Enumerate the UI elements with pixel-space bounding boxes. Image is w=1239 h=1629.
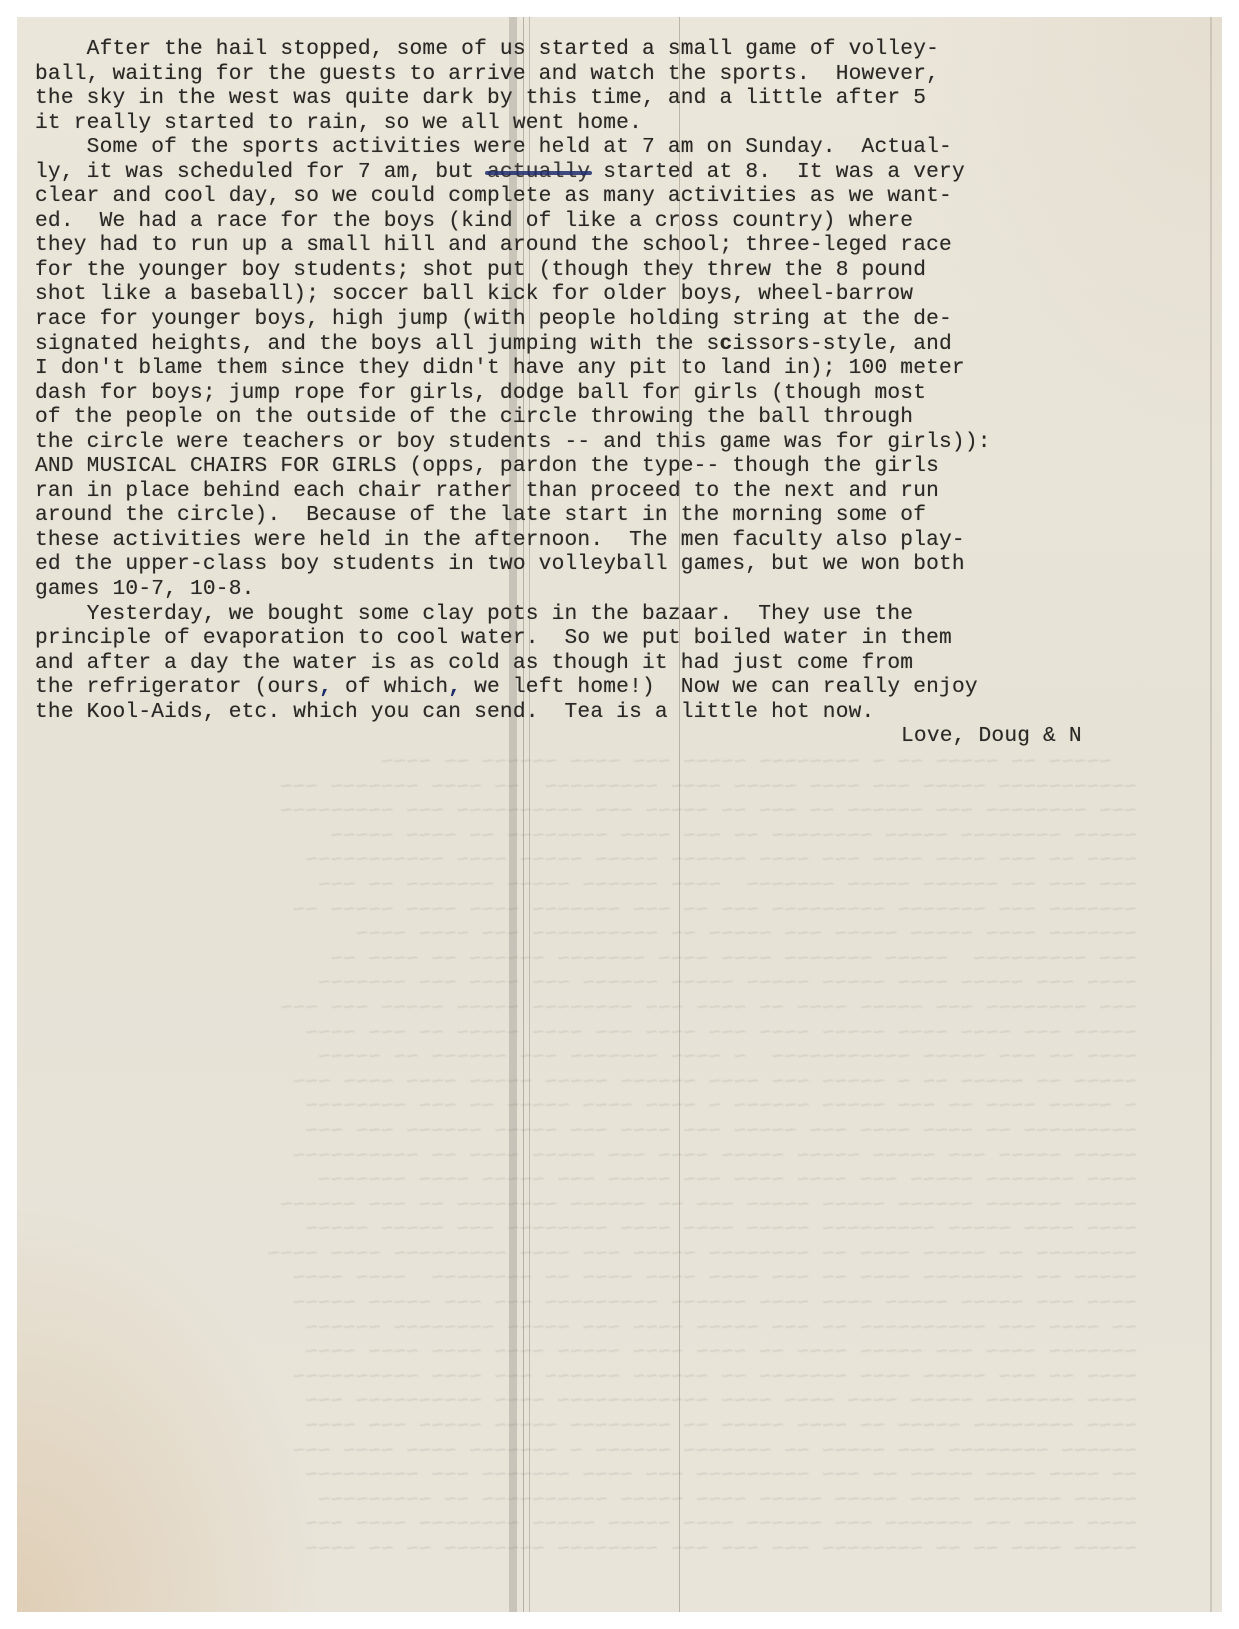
text-line: of the people on the outside of the circ… xyxy=(35,405,1215,430)
text-line: and after a day the water is as cold as … xyxy=(35,651,1215,676)
struck-out-word: actually xyxy=(487,160,590,184)
text-line: I don't blame them since they didn't hav… xyxy=(35,356,1215,381)
closing-signature: Love, Doug & N xyxy=(35,724,1215,749)
signature-text: Love, Doug & N xyxy=(901,724,1082,748)
text-line: principle of evaporation to cool water. … xyxy=(35,626,1215,651)
text-line: clear and cool day, so we could complete… xyxy=(35,184,1215,209)
text-line: dash for boys; jump rope for girls, dodg… xyxy=(35,381,1215,406)
text-line: it really started to rain, so we all wen… xyxy=(35,111,1215,136)
text-line: AND MUSICAL CHAIRS FOR GIRLS (opps, pard… xyxy=(35,454,1215,479)
text-line-with-overstrike: signated heights, and the boys all jumpi… xyxy=(35,332,1215,357)
text-line: race for younger boys, high jump (with p… xyxy=(35,307,1215,332)
text-line-with-correction: ly, it was scheduled for 7 am, but actua… xyxy=(35,160,1215,185)
letter-page: ~~~~~ ~~ ~~~~~ ~~ ~ ~~~~~~~~ ~~~~~ ~~~ ~… xyxy=(17,17,1222,1612)
pen-comma: , xyxy=(319,675,332,699)
text-line: for the younger boy students; shot put (… xyxy=(35,258,1215,283)
text-line: they had to run up a small hill and arou… xyxy=(35,233,1215,258)
text-line: the Kool-Aids, etc. which you can send. … xyxy=(35,700,1215,725)
pen-comma: , xyxy=(448,675,461,699)
text-line: Some of the sports activities were held … xyxy=(35,135,1215,160)
text-segment: signated heights, and the boys all jumpi… xyxy=(35,332,719,356)
text-line: the circle were teachers or boy students… xyxy=(35,430,1215,455)
text-line: ran in place behind each chair rather th… xyxy=(35,479,1215,504)
text-segment: of which xyxy=(332,675,448,699)
text-line: around the circle). Because of the late … xyxy=(35,503,1215,528)
text-segment: the refrigerator (ours xyxy=(35,675,319,699)
text-line: shot like a baseball); soccer ball kick … xyxy=(35,282,1215,307)
text-line: these activities were held in the aftern… xyxy=(35,528,1215,553)
text-line: ed. We had a race for the boys (kind of … xyxy=(35,209,1215,234)
text-line: games 10-7, 10-8. xyxy=(35,577,1215,602)
text-line: ball, waiting for the guests to arrive a… xyxy=(35,62,1215,87)
text-line: Yesterday, we bought some clay pots in t… xyxy=(35,602,1215,627)
text-segment: we left home!) Now we can really enjoy xyxy=(461,675,978,699)
text-line: the sky in the west was quite dark by th… xyxy=(35,86,1215,111)
letter-body: After the hail stopped, some of us start… xyxy=(35,37,1215,749)
text-line: ed the upper-class boy students in two v… xyxy=(35,552,1215,577)
text-segment: issors-style, and xyxy=(732,332,952,356)
text-segment: started at 8. It was a very xyxy=(590,160,965,184)
text-line-with-pen-commas: the refrigerator (ours, of which, we lef… xyxy=(35,675,1215,700)
overstruck-letter: c xyxy=(719,332,732,356)
text-segment: ly, it was scheduled for 7 am, but xyxy=(35,160,487,184)
text-line: After the hail stopped, some of us start… xyxy=(35,37,1215,62)
bleed-through-text: ~~~~~ ~~ ~~~~~ ~~ ~ ~~~~~~~~ ~~~~~ ~~~ ~… xyxy=(137,752,1137,1564)
